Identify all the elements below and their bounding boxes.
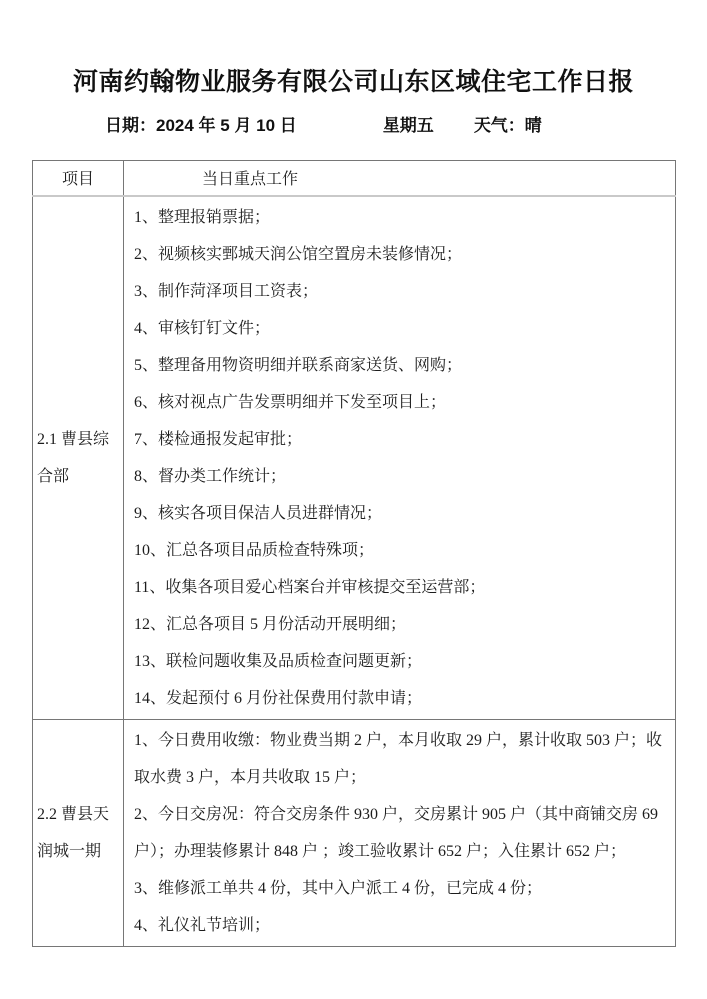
table-header: 项目 当日重点工作 — [33, 161, 676, 196]
work-column-header: 当日重点工作 — [124, 161, 676, 196]
work-item: 2、视频核实鄄城天润公馆空置房未装修情况； — [134, 236, 669, 273]
work-cell: 1、今日费用收缴：物业费当期 2 户，本月收取 29 户，累计收取 503 户；… — [124, 719, 676, 946]
table-row: 2.1 曹县综合部 1、整理报销票据；2、视频核实鄄城天润公馆空置房未装修情况；… — [33, 196, 676, 720]
work-item: 5、整理备用物资明细并联系商家送货、网购； — [134, 347, 669, 384]
work-item: 13、联检问题收集及品质检查问题更新； — [134, 643, 669, 680]
project-cell: 2.1 曹县综合部 — [33, 196, 124, 720]
work-item: 8、督办类工作统计； — [134, 458, 669, 495]
daily-report-table: 项目 当日重点工作 2.1 曹县综合部 1、整理报销票据；2、视频核实鄄城天润公… — [32, 160, 676, 947]
work-item: 7、楼检通报发起审批； — [134, 421, 669, 458]
work-item: 1、今日费用收缴：物业费当期 2 户，本月收取 29 户，累计收取 503 户；… — [134, 722, 669, 796]
work-item: 9、核实各项目保洁人员进群情况； — [134, 495, 669, 532]
project-column-header: 项目 — [33, 161, 124, 196]
work-item: 10、汇总各项目品质检查特殊项； — [134, 532, 669, 569]
header-row: 项目 当日重点工作 — [33, 161, 676, 196]
work-item: 12、汇总各项目 5 月份活动开展明细； — [134, 606, 669, 643]
work-cell: 1、整理报销票据；2、视频核实鄄城天润公馆空置房未装修情况；3、制作菏泽项目工资… — [124, 196, 676, 720]
project-cell: 2.2 曹县天润城一期 — [33, 719, 124, 946]
work-item: 4、礼仪礼节培训； — [134, 907, 669, 944]
work-item: 4、审核钉钉文件； — [134, 310, 669, 347]
document-page: 河南约翰物业服务有限公司山东区域住宅工作日报 日期：2024 年 5 月 10 … — [0, 0, 707, 999]
work-item: 3、维修派工单共 4 份，其中入户派工 4 份，已完成 4 份； — [134, 870, 669, 907]
project-label: 2.1 曹县综合部 — [37, 421, 119, 495]
work-item: 3、制作菏泽项目工资表； — [134, 273, 669, 310]
work-item: 14、发起预付 6 月份社保费用付款申请； — [134, 680, 669, 717]
work-item: 2、今日交房况：符合交房条件 930 户，交房累计 905 户（其中商铺交房 6… — [134, 796, 669, 870]
weather-label: 天气：晴 — [474, 116, 542, 135]
work-item: 1、整理报销票据； — [134, 199, 669, 236]
table-body: 2.1 曹县综合部 1、整理报销票据；2、视频核实鄄城天润公馆空置房未装修情况；… — [33, 196, 676, 947]
weekday-label: 星期五 — [383, 116, 434, 135]
work-item: 6、核对视点广告发票明细并下发至项目上； — [134, 384, 669, 421]
date-line: 日期：2024 年 5 月 10 日星期五天气：晴 — [0, 111, 707, 136]
table-row: 2.2 曹县天润城一期 1、今日费用收缴：物业费当期 2 户，本月收取 29 户… — [33, 719, 676, 946]
date-label: 日期：2024 年 5 月 10 日 — [105, 116, 297, 135]
project-label: 2.2 曹县天润城一期 — [37, 796, 119, 870]
page-title: 河南约翰物业服务有限公司山东区域住宅工作日报 — [0, 0, 707, 98]
work-item: 11、收集各项目爱心档案台并审核提交至运营部； — [134, 569, 669, 606]
